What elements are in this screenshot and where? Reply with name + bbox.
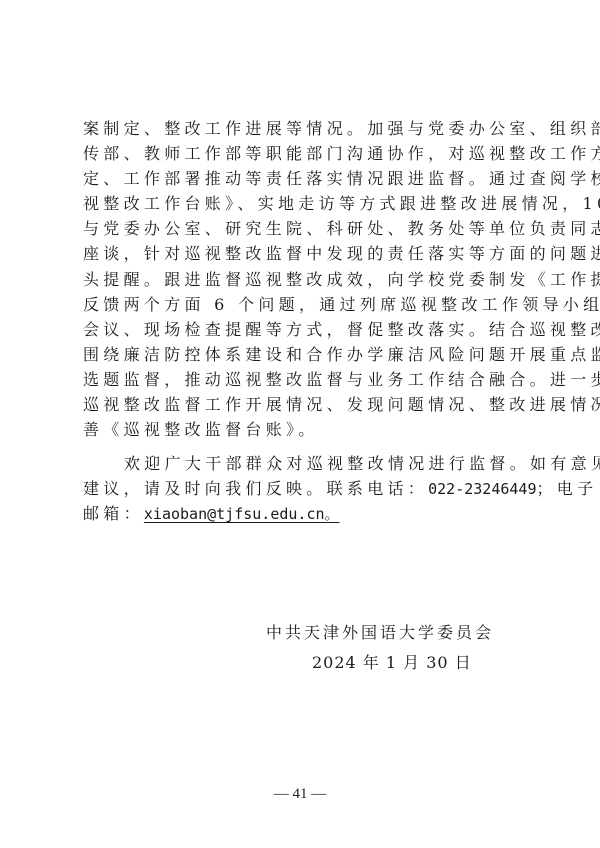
contact-paragraph-line: 欢迎广大干部群众对巡视整改情况进行监督。如有意见 bbox=[83, 451, 523, 476]
paragraph-line: 案制定、整改工作进展等情况。加强与党委办公室、组织部、宣 bbox=[83, 116, 523, 141]
paragraph-line: 巡视整改监督工作开展情况、发现问题情况、整改进展情况，完 bbox=[83, 392, 523, 417]
page-number: — 41 — bbox=[0, 786, 600, 803]
email-link[interactable]: xiaoban@tjfsu.edu.cn。 bbox=[144, 505, 340, 523]
body-text: 案制定、整改工作进展等情况。加强与党委办公室、组织部、宣 传部、教师工作部等职能… bbox=[83, 116, 523, 527]
paragraph-line: 反馈两个方面 6 个问题，通过列席巡视整改工作领导小组办公室 bbox=[83, 292, 523, 317]
contact-paragraph-line: 建议，请及时向我们反映。联系电话：022-23246449；电子 bbox=[83, 476, 523, 501]
email-label: 邮箱： bbox=[83, 504, 144, 523]
paragraph-line: 座谈，针对巡视整改监督中发现的责任落实等方面的问题进行口 bbox=[83, 241, 523, 266]
phone-number: 022-23246449 bbox=[428, 480, 536, 498]
contact-text: ；电子 bbox=[536, 479, 597, 498]
contact-text: 建议，请及时向我们反映。联系电话： bbox=[83, 479, 428, 498]
document-page: 案制定、整改工作进展等情况。加强与党委办公室、组织部、宣 传部、教师工作部等职能… bbox=[0, 0, 600, 848]
paragraph-line: 传部、教师工作部等职能部门沟通协作，对巡视整改工作方案制 bbox=[83, 141, 523, 166]
paragraph-line: 头提醒。跟进监督巡视整改成效，向学校党委制发《工作提示》， bbox=[83, 267, 523, 292]
paragraph-line: 视整改工作台账》、实地走访等方式跟进整改进展情况，10月份， bbox=[83, 191, 523, 216]
paragraph-line: 与党委办公室、研究生院、科研处、教务处等单位负责同志进行 bbox=[83, 216, 523, 241]
paragraph-line: 定、工作部署推动等责任落实情况跟进监督。通过查阅学校《巡 bbox=[83, 166, 523, 191]
contact-paragraph-line: 邮箱：xiaoban@tjfsu.edu.cn。 bbox=[83, 501, 523, 526]
signature-date: 2024 年 1 月 30 日 bbox=[312, 648, 472, 678]
paragraph-line: 围绕廉洁防控体系建设和合作办学廉洁风险问题开展重点监督 bbox=[83, 342, 523, 367]
paragraph-line: 选题监督，推动巡视整改监督与业务工作结合融合。进一步梳理 bbox=[83, 367, 523, 392]
paragraph-line: 会议、现场检查提醒等方式，督促整改落实。结合巡视整改任务， bbox=[83, 317, 523, 342]
signature-organization: 中共天津外国语大学委员会 bbox=[266, 618, 494, 648]
paragraph-line: 善《巡视整改监督台账》。 bbox=[83, 417, 523, 442]
